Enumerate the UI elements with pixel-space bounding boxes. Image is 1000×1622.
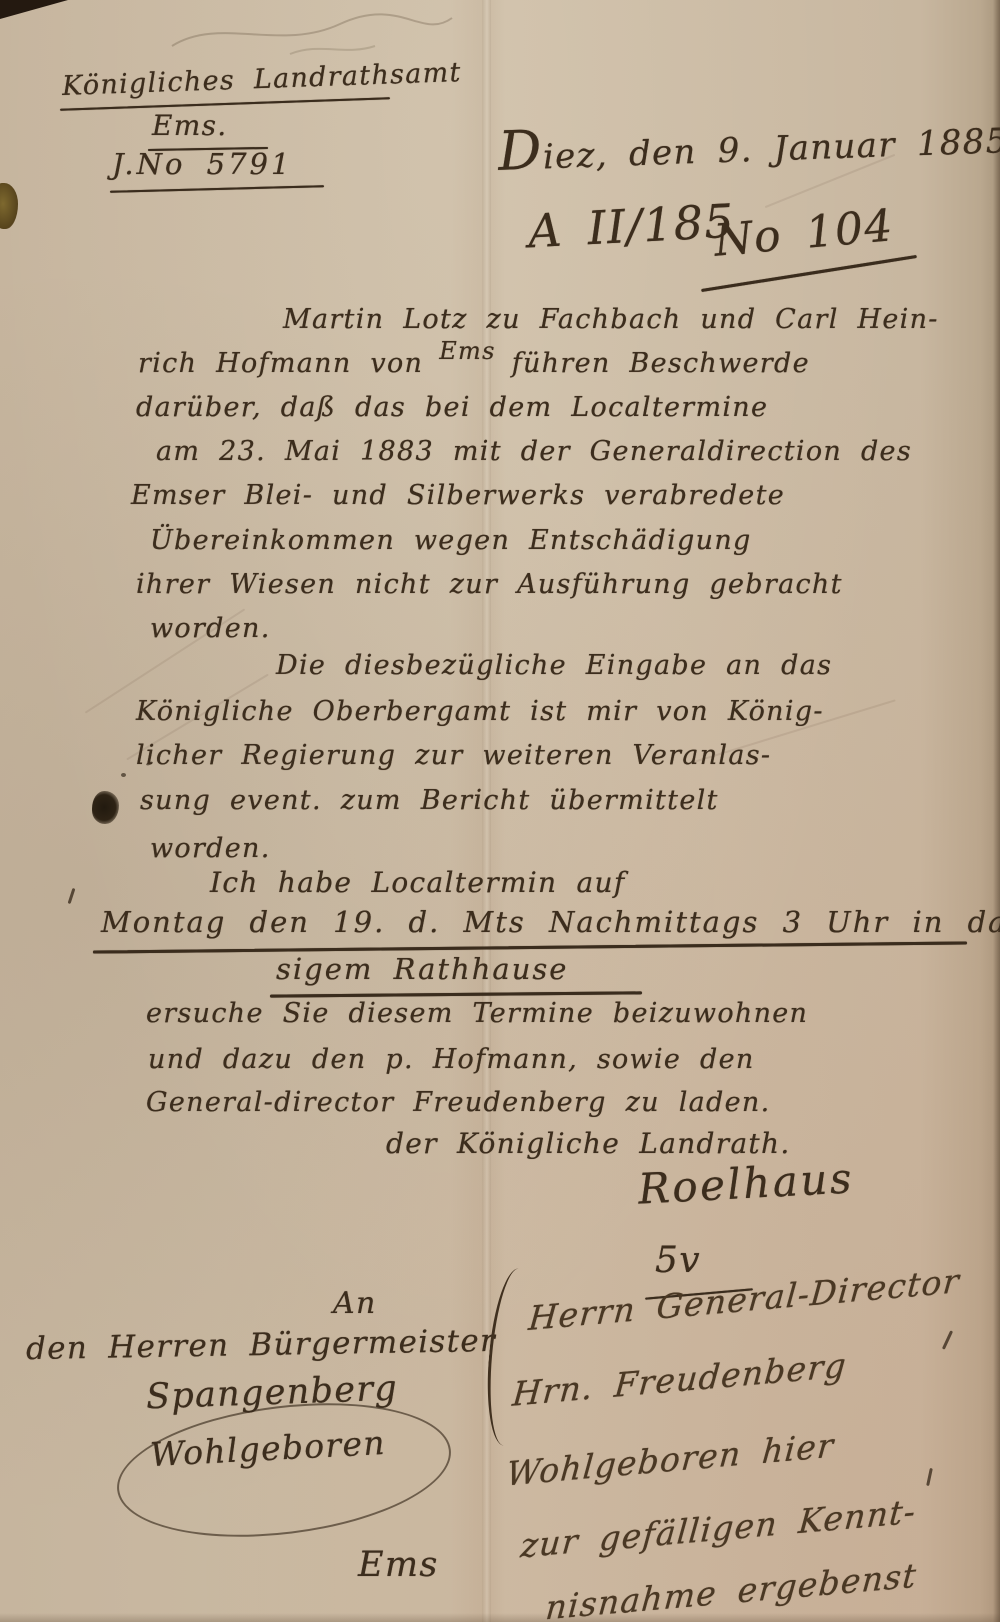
page-edge-shadow-right — [993, 0, 1000, 1622]
seal-residue — [0, 183, 18, 229]
appointment-line: Montag den 19. d. Mts Nachmittags 3 Uhr … — [101, 908, 1000, 937]
folio-mark: 5v — [655, 1243, 701, 1279]
flourish-tail — [926, 1468, 933, 1486]
page-edge-shadow-bottom — [0, 1613, 1000, 1622]
reference-number: No 104 — [712, 204, 895, 264]
closing-line: der Königliche Landrath. — [386, 1130, 791, 1158]
body-line-part: rich Hofmann von — [138, 348, 423, 379]
ink-speck — [121, 773, 126, 777]
document-scan: Königliches Landrathsamt Ems. J.No 5791 … — [0, 0, 1000, 1622]
side-note-line: Herrn General-Director — [527, 1264, 961, 1335]
appointment-underline — [270, 991, 642, 997]
body-line: am 23. Mai 1883 mit der Generaldirection… — [156, 438, 912, 465]
body-line-part: führen Beschwerde — [512, 348, 810, 379]
pencil-scribble — [160, 2, 460, 62]
body-line: rich Hofmann vonEmsführen Beschwerde — [138, 350, 810, 377]
journal-number: J.No 5791 — [112, 150, 292, 179]
reference-file: A II/185 — [527, 198, 736, 255]
body-line: sung event. zum Bericht übermittelt — [140, 787, 719, 814]
body-line: worden. — [150, 615, 271, 642]
body-line: worden. — [150, 835, 271, 862]
body-line-part-raised: Ems — [439, 337, 496, 365]
body-line: und dazu den p. Hofmann, sowie den — [148, 1046, 755, 1073]
body-line: Königliche Oberbergamt ist mir von König… — [136, 698, 824, 725]
side-note-line: Hrn. Freudenberg — [511, 1348, 848, 1411]
side-note-line: Wohlgeboren hier — [505, 1428, 836, 1490]
body-line: darüber, daß das bei dem Localtermine — [136, 394, 768, 421]
address-line: An — [333, 1289, 377, 1319]
body-line: Übereinkommen wegen Entschädigung — [150, 527, 752, 554]
side-note-line: zur gefälligen Kennt- — [519, 1495, 917, 1563]
body-line: Emser Blei- und Silberwerks verabredete — [131, 482, 785, 509]
signature: Roelhaus — [637, 1157, 855, 1210]
letterhead-place: Ems. — [152, 112, 227, 140]
appointment-line: sigem Rathhause — [276, 955, 568, 984]
body-line: General-director Freudenberg zu laden. — [146, 1089, 770, 1116]
letterhead-office: Königliches Landrathsamt — [62, 59, 462, 100]
body-line: Ich habe Localtermin auf — [210, 869, 626, 897]
address-line: Ems — [358, 1548, 439, 1583]
body-line: ihrer Wiesen nicht zur Ausführung gebrac… — [136, 571, 843, 598]
body-line: Die diesbezügliche Eingabe an das — [276, 652, 832, 679]
body-line: Martin Lotz zu Fachbach und Carl Hein- — [283, 306, 939, 333]
dateline: Diez, den 9. Januar 1885 — [497, 107, 1000, 179]
body-line: ersuche Sie diesem Termine beizuwohnen — [146, 1000, 808, 1027]
letterhead-underline — [110, 185, 324, 193]
ink-blot — [92, 791, 119, 824]
flourish-tail — [942, 1330, 953, 1349]
body-line: licher Regierung zur weiteren Veranlas- — [136, 742, 771, 769]
address-line: den Herren Bürgermeister — [26, 1326, 497, 1365]
scan-corner-shadow — [0, 0, 68, 19]
margin-tick — [68, 888, 76, 904]
